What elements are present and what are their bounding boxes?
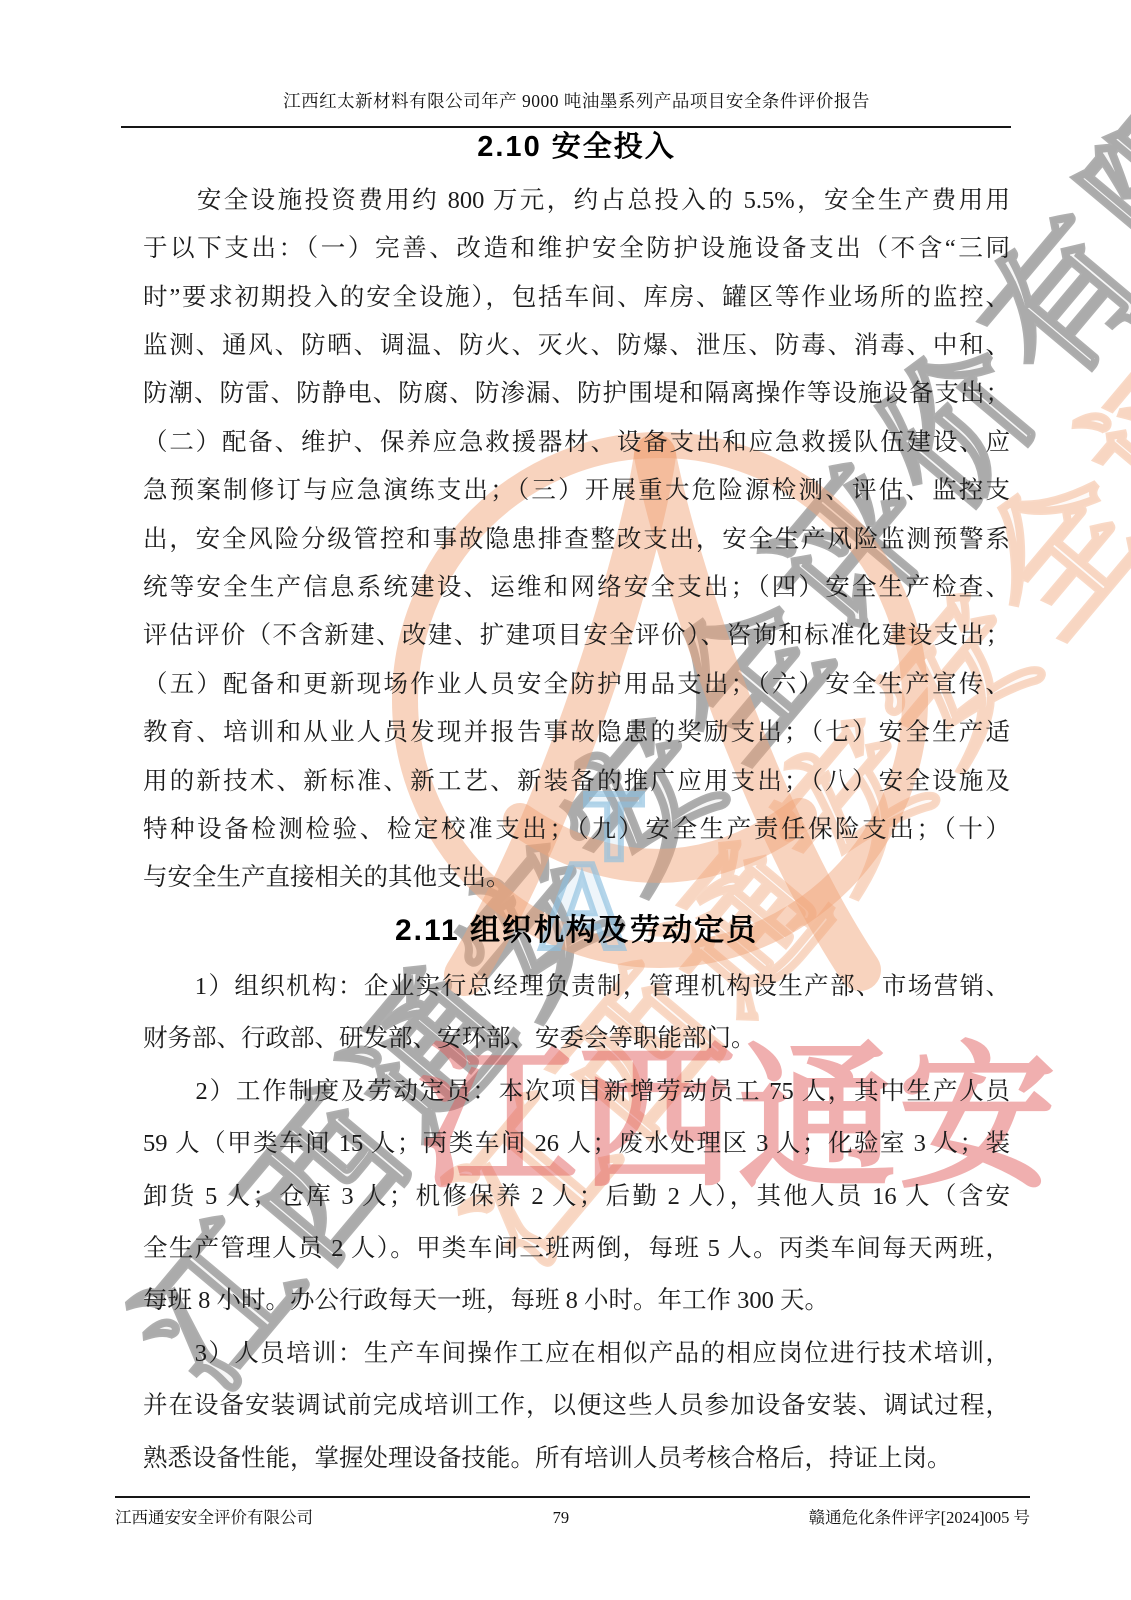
section-2-10-title: 2.10 安全投入 bbox=[143, 130, 1010, 165]
text-line: 财务部、行政部、研发部、安环部、安委会等职能部门。 bbox=[143, 1013, 1010, 1065]
text-line: 统等安全生产信息系统建设、运维和网络安全支出；（四）安全生产检查、 bbox=[143, 564, 1010, 612]
document-page: 江西通安安全评价有限公司 江西通安安全评价有限公司 T A 江西通安 江西红太新… bbox=[0, 0, 1131, 1600]
page-footer: 江西通安安全评价有限公司 79 赣通危化条件评字[2024]005 号 bbox=[115, 1496, 1030, 1528]
report-header-title: 江西红太新材料有限公司年产 9000 吨油墨系列产品项目安全条件评价报告 bbox=[143, 88, 1010, 113]
text-line: 用的新技术、新标准、新工艺、新装备的推广应用支出；（八）安全设施及 bbox=[143, 758, 1010, 806]
text-line: 全生产管理人员 2 人）。甲类车间三班两倒，每班 5 人。丙类车间每天两班， bbox=[143, 1223, 1010, 1275]
page-content: 江西红太新材料有限公司年产 9000 吨油墨系列产品项目安全条件评价报告 2.1… bbox=[143, 0, 1010, 1485]
paragraph: 2）工作制度及劳动定员：本次项目新增劳动员工 75 人，其中生产人员59 人（甲… bbox=[143, 1066, 1010, 1328]
text-line: 急预案制修订与应急演练支出；（三）开展重大危险源检测、评估、监控支 bbox=[143, 467, 1010, 515]
text-line: 并在设备安装调试前完成培训工作，以便这些人员参加设备安装、调试过程， bbox=[143, 1380, 1010, 1432]
text-line: 与安全生产直接相关的其他支出。 bbox=[143, 854, 1010, 902]
text-line: 卸货 5 人；仓库 3 人；机修保养 2 人；后勤 2 人），其他人员 16 人… bbox=[143, 1171, 1010, 1223]
text-line: 安全设施投资费用约 800 万元，约占总投入的 5.5%，安全生产费用用 bbox=[143, 177, 1010, 225]
text-line: 3）人员培训：生产车间操作工应在相似产品的相应岗位进行技术培训， bbox=[143, 1328, 1010, 1380]
text-line: 熟悉设备性能，掌握处理设备技能。所有培训人员考核合格后，持证上岗。 bbox=[143, 1433, 1010, 1485]
text-line: 特种设备检测检验、检定校准支出；（九）安全生产责任保险支出；（十） bbox=[143, 806, 1010, 854]
text-line: 出，安全风险分级管控和事故隐患排查整改支出，安全生产风险监测预警系 bbox=[143, 516, 1010, 564]
footer-company-name: 江西通安安全评价有限公司 bbox=[115, 1504, 313, 1528]
paragraph: 安全设施投资费用约 800 万元，约占总投入的 5.5%，安全生产费用用于以下支… bbox=[143, 177, 1010, 903]
footer-document-number: 赣通危化条件评字[2024]005 号 bbox=[809, 1504, 1030, 1528]
section-2-10: 2.10 安全投入 安全设施投资费用约 800 万元，约占总投入的 5.5%，安… bbox=[143, 130, 1010, 903]
text-line: 评估评价（不含新建、改建、扩建项目安全评价）、咨询和标准化建设支出； bbox=[143, 612, 1010, 660]
text-line: 59 人（甲类车间 15 人；丙类车间 26 人；废水处理区 3 人；化验室 3… bbox=[143, 1118, 1010, 1170]
section-2-11: 2.11 组织机构及劳动定员 1）组织机构：企业实行总经理负责制，管理机构设生产… bbox=[143, 913, 1010, 1485]
text-line: 每班 8 小时。办公行政每天一班，每班 8 小时。年工作 300 天。 bbox=[143, 1275, 1010, 1327]
section-2-11-title: 2.11 组织机构及劳动定员 bbox=[143, 913, 1010, 949]
footer-page-number: 79 bbox=[313, 1508, 809, 1528]
text-line: 防潮、防雷、防静电、防腐、防渗漏、防护围堤和隔离操作等设施设备支出； bbox=[143, 370, 1010, 418]
text-line: 于以下支出：（一）完善、改造和维护安全防护设施设备支出（不含“三同 bbox=[143, 225, 1010, 273]
paragraph: 3）人员培训：生产车间操作工应在相似产品的相应岗位进行技术培训，并在设备安装调试… bbox=[143, 1328, 1010, 1485]
text-line: 监测、通风、防晒、调温、防火、灭火、防爆、泄压、防毒、消毒、中和、 bbox=[143, 322, 1010, 370]
paragraph: 1）组织机构：企业实行总经理负责制，管理机构设生产部、市场营销、财务部、行政部、… bbox=[143, 961, 1010, 1066]
text-line: （二）配备、维护、保养应急救援器材、设备支出和应急救援队伍建设、应 bbox=[143, 419, 1010, 467]
text-line: （五）配备和更新现场作业人员安全防护用品支出；（六）安全生产宣传、 bbox=[143, 661, 1010, 709]
text-line: 时”要求初期投入的安全设施），包括车间、库房、罐区等作业场所的监控、 bbox=[143, 274, 1010, 322]
text-line: 1）组织机构：企业实行总经理负责制，管理机构设生产部、市场营销、 bbox=[143, 961, 1010, 1013]
text-line: 教育、培训和从业人员发现并报告事故隐患的奖励支出；（七）安全生产适 bbox=[143, 709, 1010, 757]
text-line: 2）工作制度及劳动定员：本次项目新增劳动员工 75 人，其中生产人员 bbox=[143, 1066, 1010, 1118]
